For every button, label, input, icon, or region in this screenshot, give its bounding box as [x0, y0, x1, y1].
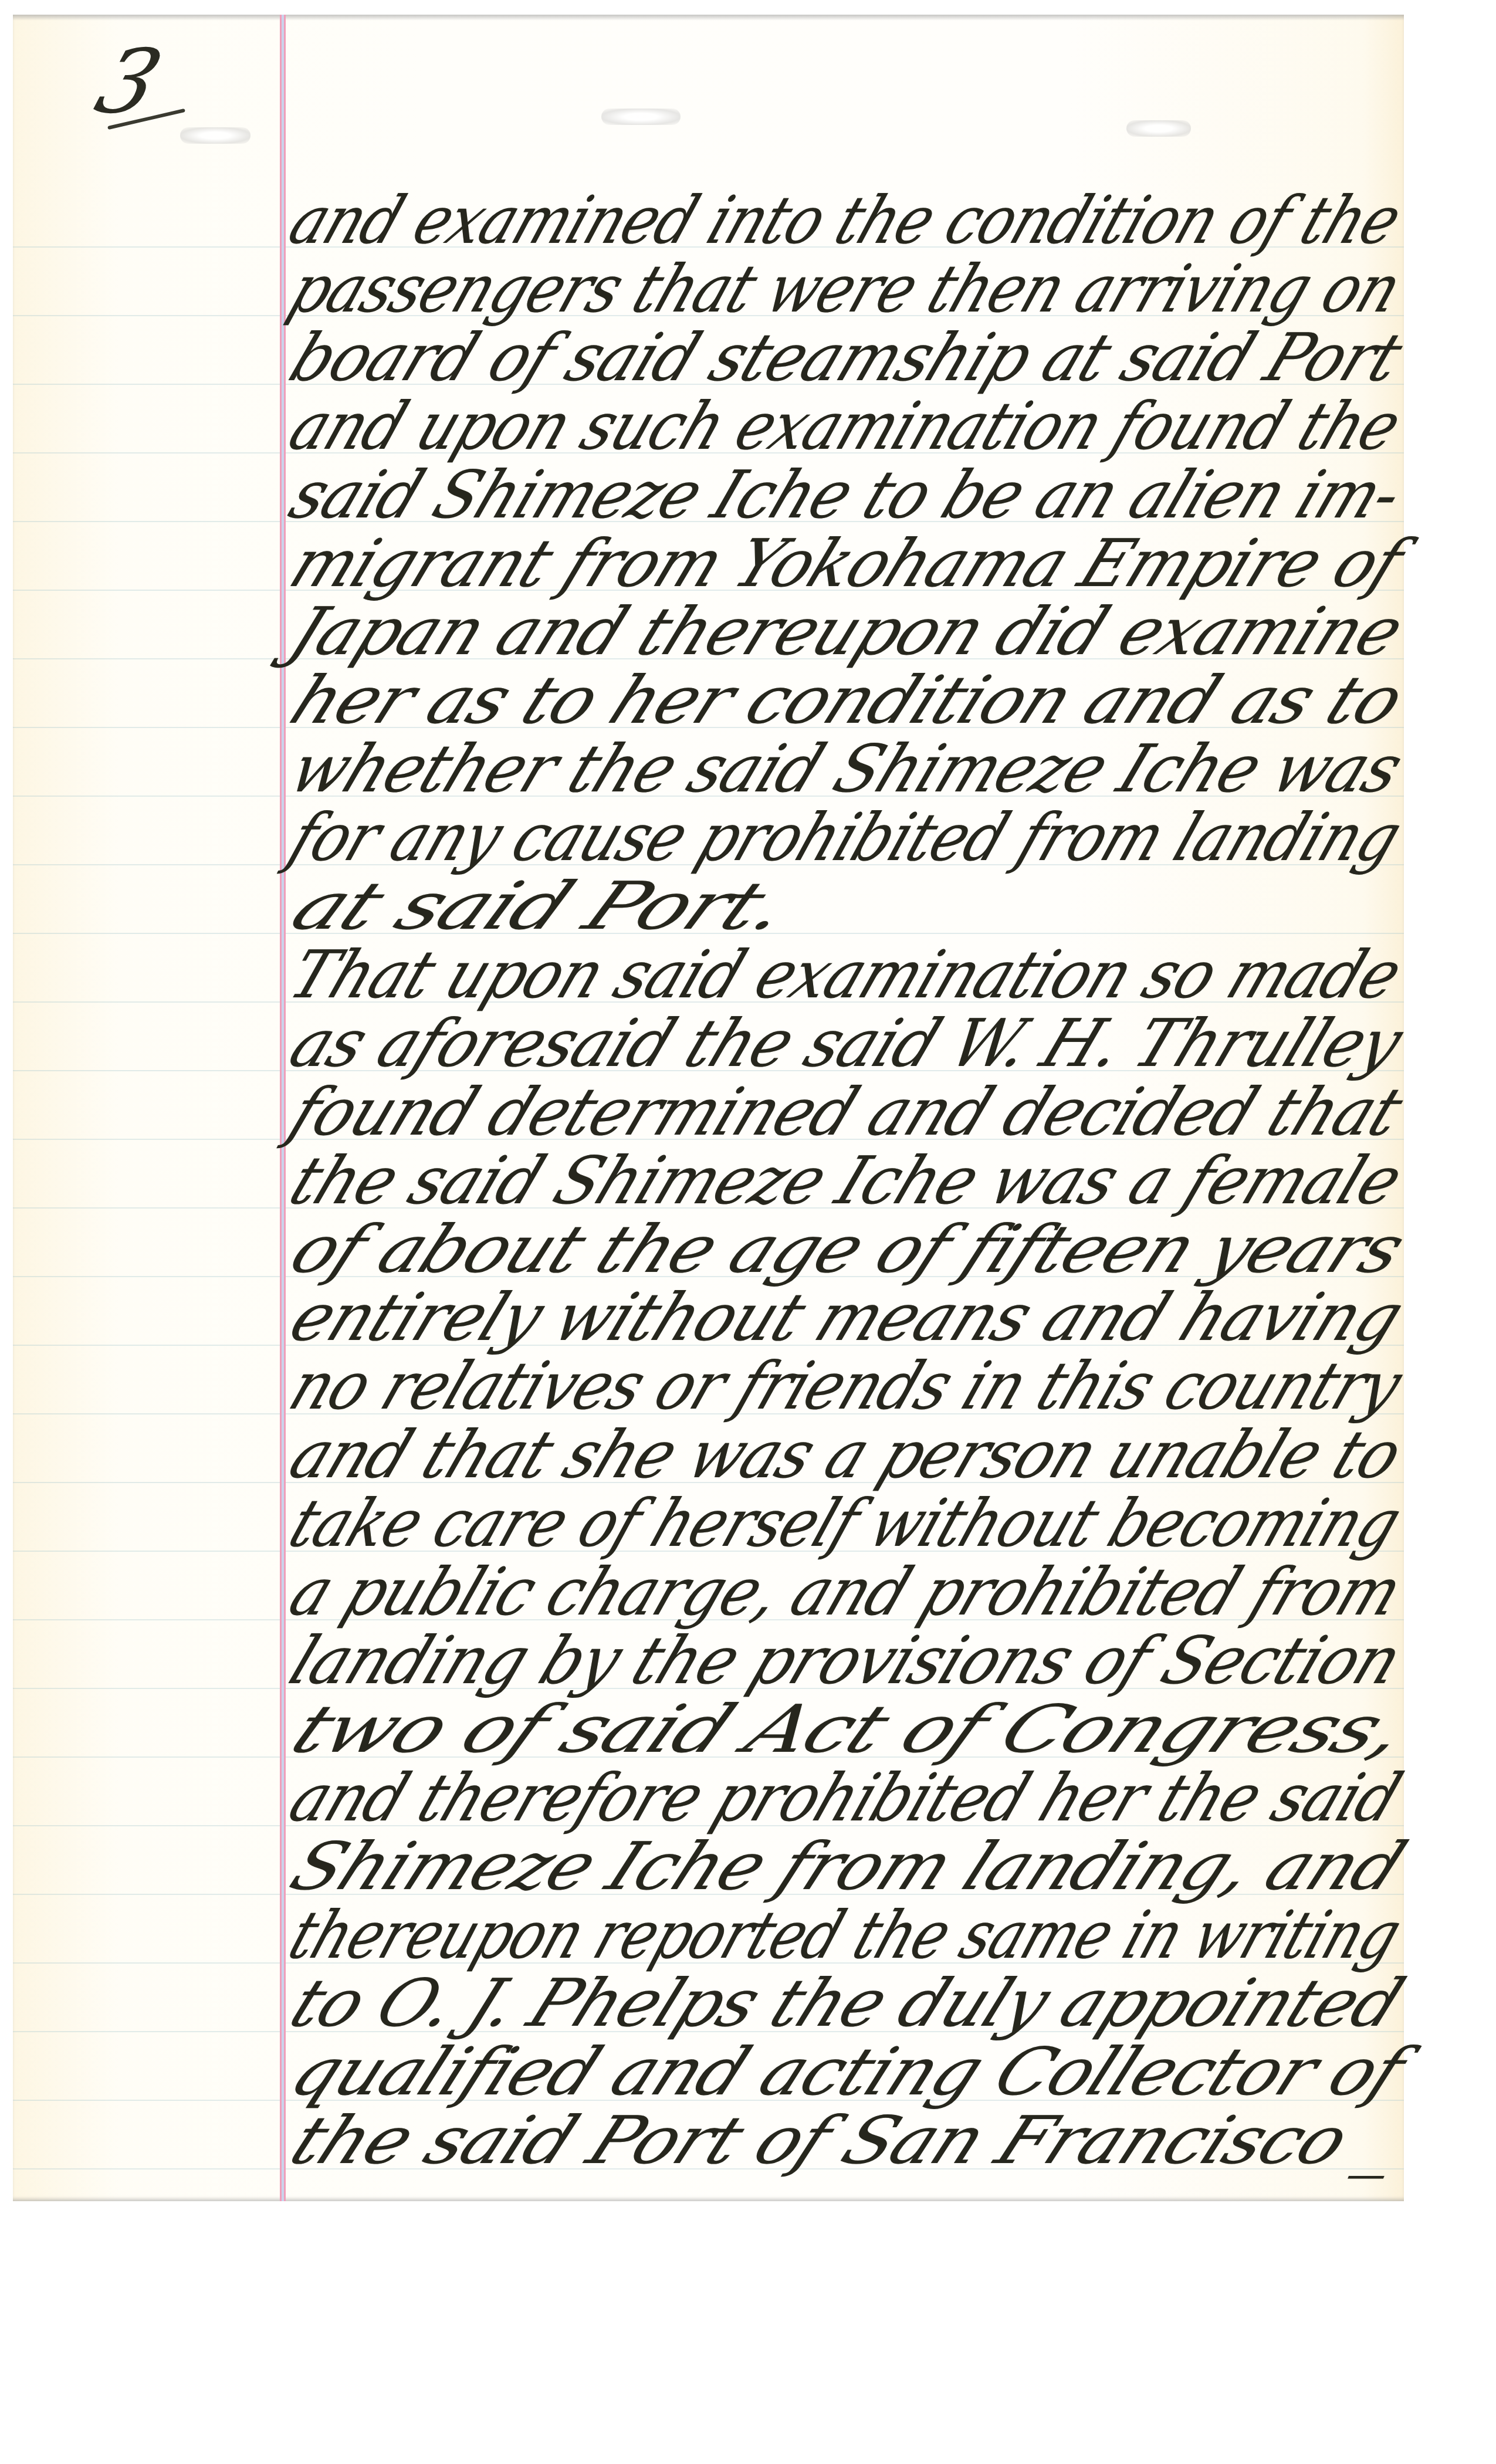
handwritten-line: and upon such examination found the [282, 394, 1409, 459]
handwritten-line: as aforesaid the said W. H. Thrulley [282, 1011, 1410, 1077]
handwritten-line: said Shimeze Iche to be an alien im- [282, 462, 1410, 528]
handwritten-line: two of said Act of Congress, [282, 1697, 1417, 1762]
handwritten-line: qualified and acting Collector of [282, 2039, 1413, 2105]
page-number: 3 [87, 38, 171, 126]
handwritten-line: no relatives or friends in this country [282, 1353, 1409, 1419]
handwritten-line: found determined and decided that [282, 1079, 1410, 1145]
handwritten-line: thereupon reported the same in writing [282, 1903, 1408, 1968]
handwritten-line: for any cause prohibited from landing [282, 805, 1409, 871]
handwritten-line: and therefore prohibited her the said [282, 1765, 1409, 1831]
handwritten-line: migrant from Yokohama Empire of [282, 531, 1411, 597]
handwritten-line: her as to her condition and as to [282, 668, 1412, 733]
punch-mark-center [601, 109, 681, 125]
handwritten-line: whether the said Shimeze Iche was [282, 736, 1410, 802]
handwritten-line: a public charge, and prohibited from [282, 1559, 1409, 1625]
margin-rule [280, 15, 286, 2201]
handwritten-line: Shimeze Iche from landing, and [282, 1834, 1413, 1900]
handwritten-line: landing by the provisions of Section [282, 1628, 1409, 1694]
handwritten-line: and that she was a person unable to [282, 1422, 1410, 1488]
punch-mark-left [180, 127, 251, 144]
handwritten-line: passengers that were then arriving on [282, 256, 1409, 322]
handwritten-line: the said Port of San Francisco _ [282, 2108, 1413, 2174]
handwritten-line: at said Port. [282, 874, 800, 939]
handwritten-line: board of said steamship at said Port [282, 325, 1410, 391]
handwritten-line: to O. J. Phelps the duly appointed [282, 1971, 1412, 2036]
handwritten-line: and examined into the condition of the [282, 188, 1409, 253]
handwritten-line: That upon said examination so made [282, 942, 1409, 1008]
handwritten-line: of about the age of fifteen years [282, 1217, 1413, 1282]
handwritten-line: Japan and thereupon did examine [282, 599, 1412, 665]
paper-top-edge-shadow [13, 15, 1404, 21]
handwritten-line: the said Shimeze Iche was a female [282, 1148, 1410, 1214]
handwritten-line: entirely without means and having [282, 1285, 1411, 1351]
punch-mark-right [1126, 120, 1191, 137]
handwritten-line: take care of herself without becoming [282, 1491, 1408, 1556]
